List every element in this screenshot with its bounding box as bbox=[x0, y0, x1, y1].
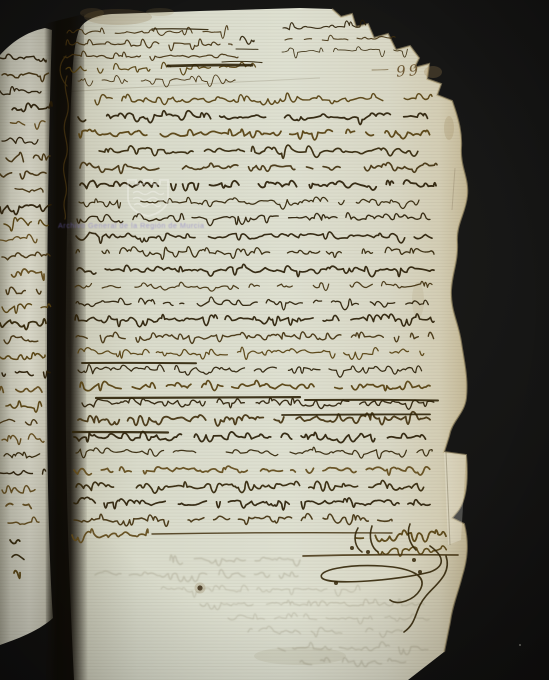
photo-vignette bbox=[0, 0, 549, 680]
manuscript-photo: Archivo General de la Región de Murcia 9… bbox=[0, 0, 549, 680]
manuscript-scene: Archivo General de la Región de Murcia 9… bbox=[0, 0, 549, 680]
